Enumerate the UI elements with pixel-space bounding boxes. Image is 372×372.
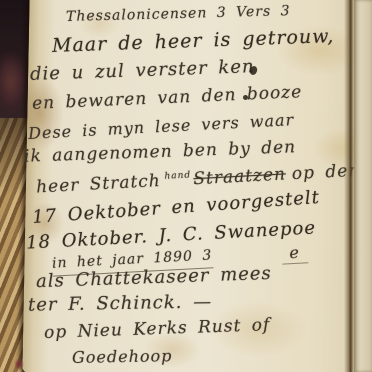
handwritten-line-12: ter F. Schinck. — <box>28 291 212 315</box>
ink-blot <box>243 95 248 100</box>
line10-flourish: e <box>281 242 309 264</box>
red-stain <box>14 358 24 370</box>
underlying-pages-edge <box>354 0 372 372</box>
photo-of-book-page: Thessalonicensen 3 Vers 3 Maar de heer i… <box>0 0 372 372</box>
line7-insertion: hand <box>164 171 191 182</box>
handwritten-line-14: Goedehoop <box>72 346 173 367</box>
